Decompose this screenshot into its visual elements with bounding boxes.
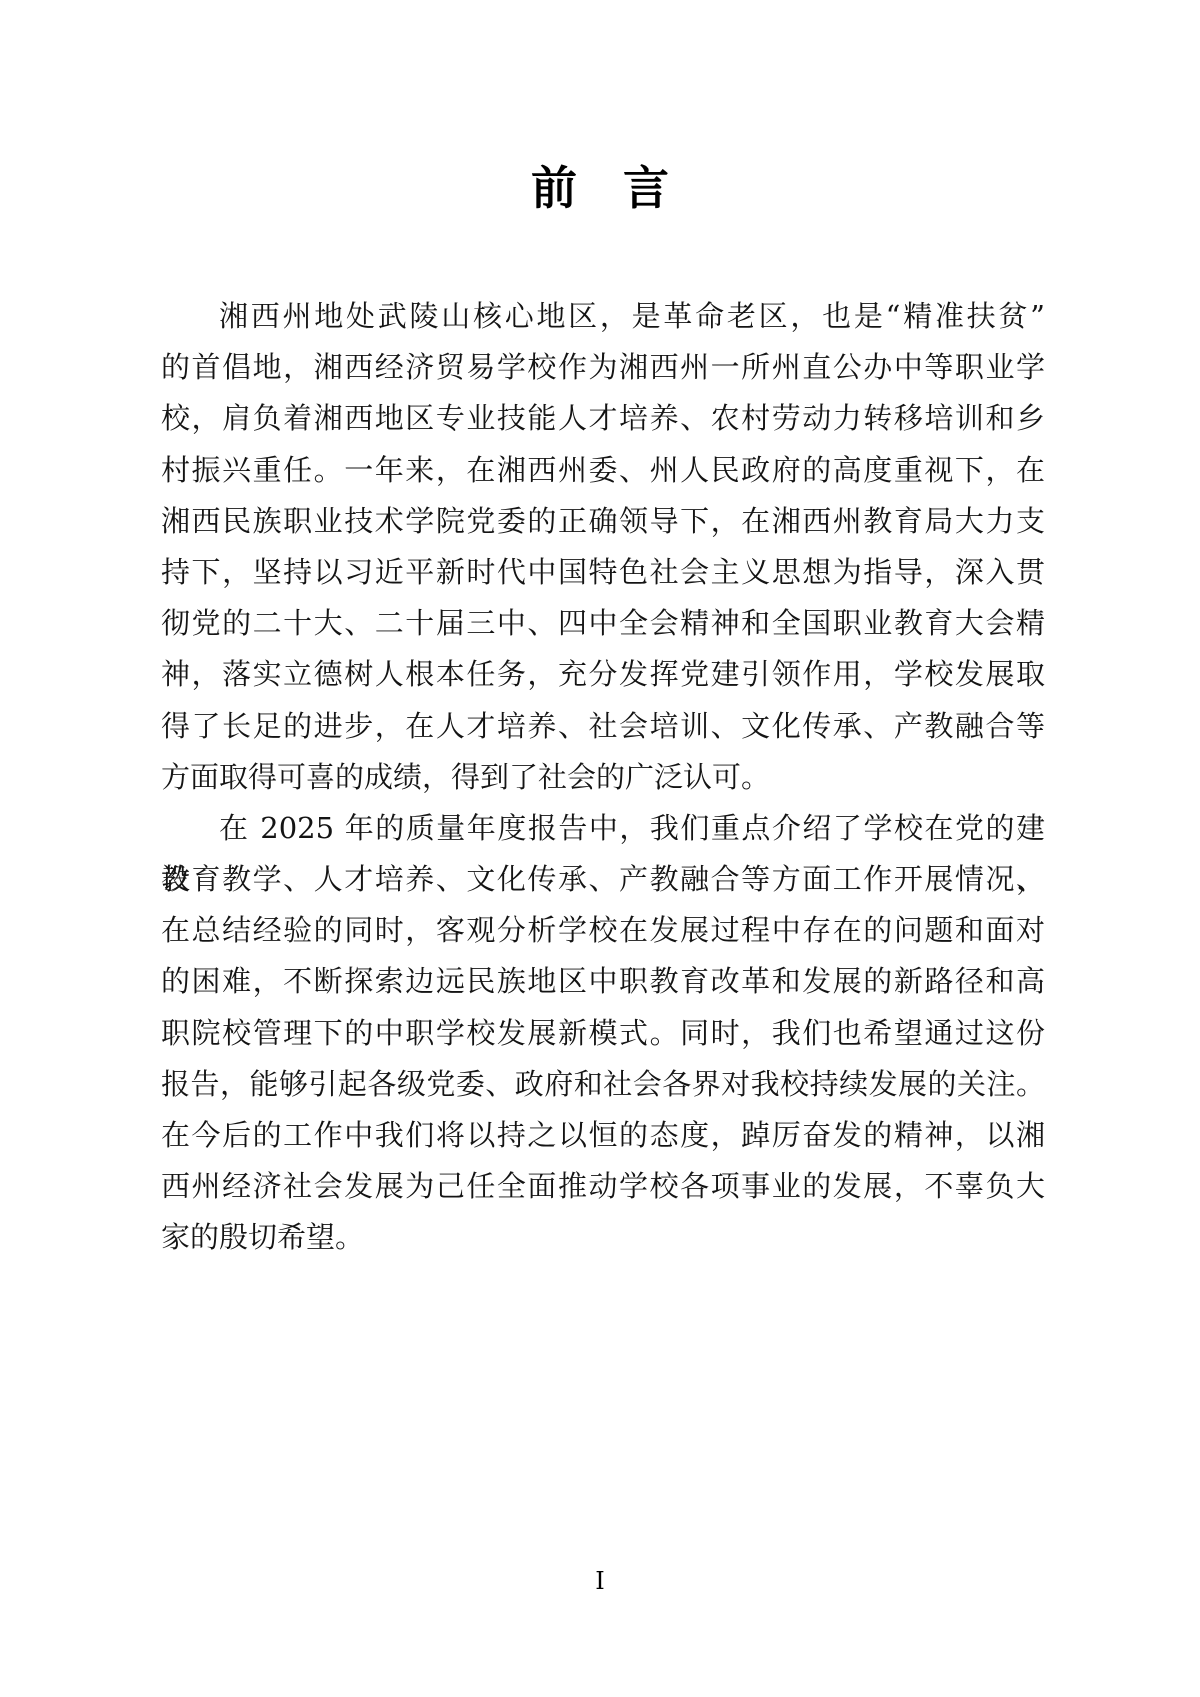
text-line: 神，落实立德树人根本任务，充分发挥党建引领作用，学校发展取 (161, 649, 1045, 700)
text-line: 教育教学、人才培养、文化传承、产教融合等方面工作开展情况， (161, 854, 1045, 905)
text-line: 在 2025 年的质量年度报告中，我们重点介绍了学校在党的建设、 (161, 803, 1045, 854)
page-title: 前 言 (0, 158, 1200, 218)
text-line: 村振兴重任。一年来，在湘西州委、州人民政府的高度重视下，在 (161, 445, 1045, 496)
text-line: 彻党的二十大、二十届三中、四中全会精神和全国职业教育大会精 (161, 598, 1045, 649)
text-line: 的困难，不断探索边远民族地区中职教育改革和发展的新路径和高 (161, 956, 1045, 1007)
text-line: 报告，能够引起各级党委、政府和社会各界对我校持续发展的关注。 (161, 1059, 1045, 1110)
paragraph: 湘西州地处武陵山核心地区，是革命老区，也是“精准扶贫”的首倡地，湘西经济贸易学校… (161, 291, 1045, 803)
text-line: 在今后的工作中我们将以持之以恒的态度，踔厉奋发的精神，以湘 (161, 1110, 1045, 1161)
text-line: 湘西民族职业技术学院党委的正确领导下，在湘西州教育局大力支 (161, 496, 1045, 547)
document-body: 湘西州地处武陵山核心地区，是革命老区，也是“精准扶贫”的首倡地，湘西经济贸易学校… (161, 291, 1045, 1264)
text-line: 西州经济社会发展为己任全面推动学校各项事业的发展，不辜负大 (161, 1161, 1045, 1212)
page-number: I (0, 1566, 1200, 1596)
text-line: 职院校管理下的中职学校发展新模式。同时，我们也希望通过这份 (161, 1008, 1045, 1059)
text-line: 持下，坚持以习近平新时代中国特色社会主义思想为指导，深入贯 (161, 547, 1045, 598)
text-line: 方面取得可喜的成绩，得到了社会的广泛认可。 (161, 752, 1045, 803)
text-line: 的首倡地，湘西经济贸易学校作为湘西州一所州直公办中等职业学 (161, 342, 1045, 393)
text-line: 校，肩负着湘西地区专业技能人才培养、农村劳动力转移培训和乡 (161, 393, 1045, 444)
text-line: 家的殷切希望。 (161, 1212, 1045, 1263)
text-line: 得了长足的进步，在人才培养、社会培训、文化传承、产教融合等 (161, 701, 1045, 752)
page: 前 言 湘西州地处武陵山核心地区，是革命老区，也是“精准扶贫”的首倡地，湘西经济… (0, 0, 1200, 1697)
text-line: 湘西州地处武陵山核心地区，是革命老区，也是“精准扶贫” (161, 291, 1045, 342)
text-line: 在总结经验的同时，客观分析学校在发展过程中存在的问题和面对 (161, 905, 1045, 956)
paragraph: 在 2025 年的质量年度报告中，我们重点介绍了学校在党的建设、教育教学、人才培… (161, 803, 1045, 1264)
